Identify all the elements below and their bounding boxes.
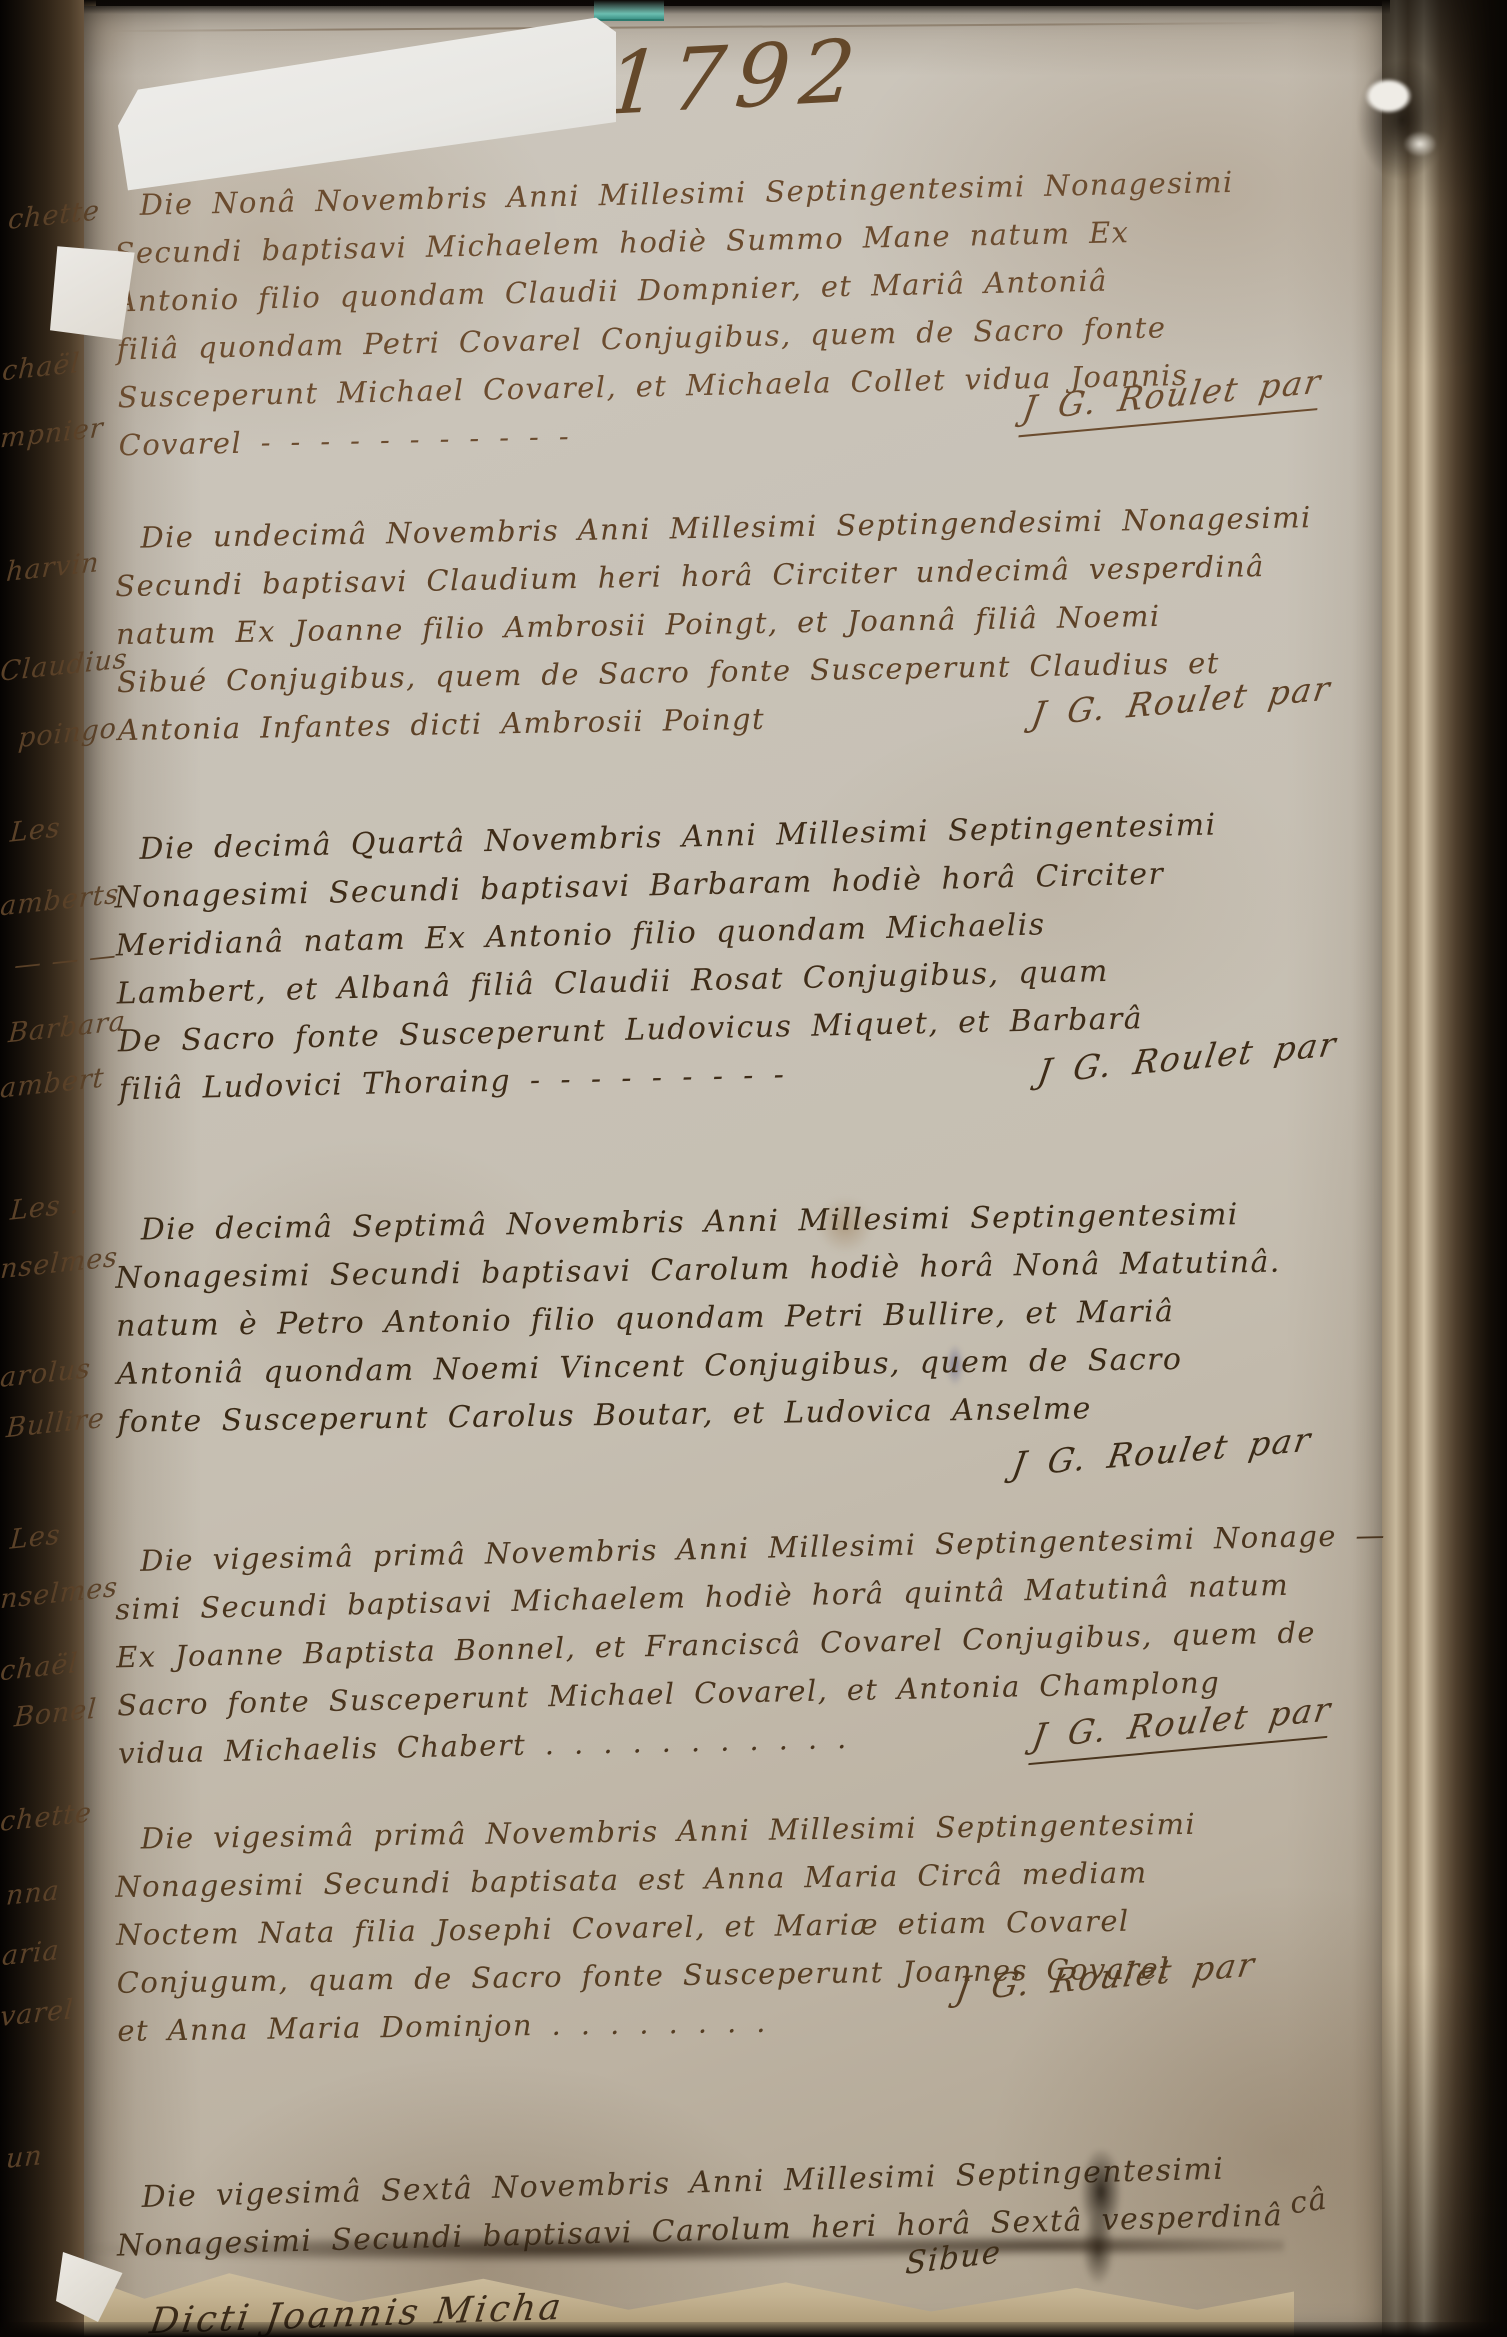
top-shadow bbox=[84, 0, 1390, 14]
margin-note: aria bbox=[1, 1935, 61, 1972]
baptism-record: Die decimâ Quartâ Novembris Anni Millesi… bbox=[113, 798, 1393, 1115]
bottom-border bbox=[0, 2322, 1507, 2337]
year-heading: 1792 bbox=[602, 21, 869, 135]
baptism-record: Die Nonâ Novembris Anni Millesimi Septin… bbox=[113, 155, 1393, 470]
photo-frame: 1792 chettechaëlmpnierharvinClaudiuspoin… bbox=[0, 0, 1507, 2337]
margin-note: un bbox=[5, 2140, 44, 2175]
text-fragment-ca: câ bbox=[1288, 2182, 1330, 2222]
margin-note: nna bbox=[5, 1875, 61, 1912]
tear-shadow bbox=[84, 2232, 1284, 2266]
margin-note: Les bbox=[9, 1519, 62, 1556]
baptism-record: Die undecimâ Novembris Anni Millesimi Se… bbox=[114, 492, 1392, 754]
page-edge-stack bbox=[1382, 0, 1507, 2337]
baptism-record: Die vigesimâ primâ Novembris Anni Milles… bbox=[114, 1797, 1391, 2055]
margin-note: Les bbox=[9, 812, 62, 849]
ink-smudge bbox=[1072, 2150, 1130, 2290]
baptism-record: Die vigesimâ primâ Novembris Anni Milles… bbox=[114, 1511, 1393, 1778]
baptism-record: Die decimâ Septimâ Novembris Anni Milles… bbox=[114, 1189, 1391, 1447]
